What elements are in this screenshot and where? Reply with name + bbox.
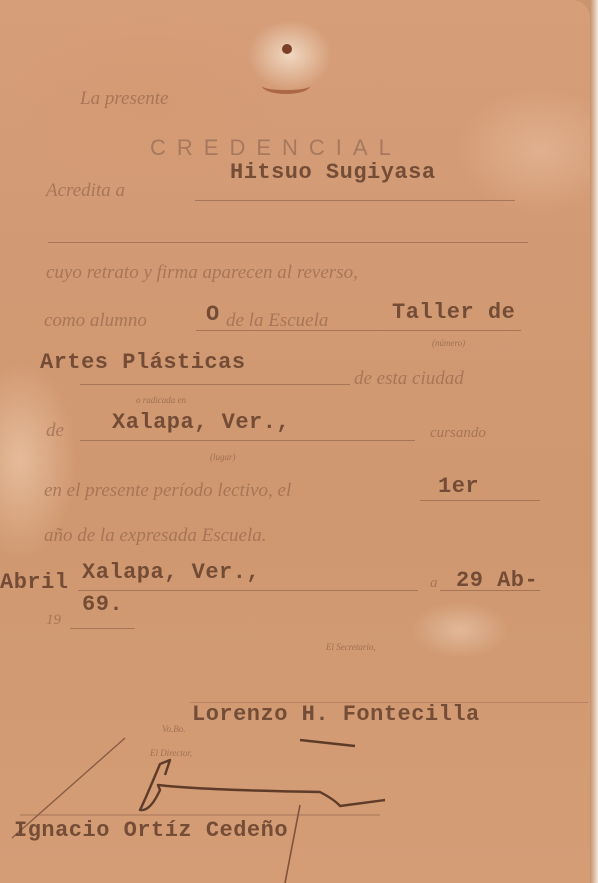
director-signature bbox=[0, 0, 598, 883]
director-name: Ignacio Ortíz Cedeño bbox=[14, 818, 288, 843]
